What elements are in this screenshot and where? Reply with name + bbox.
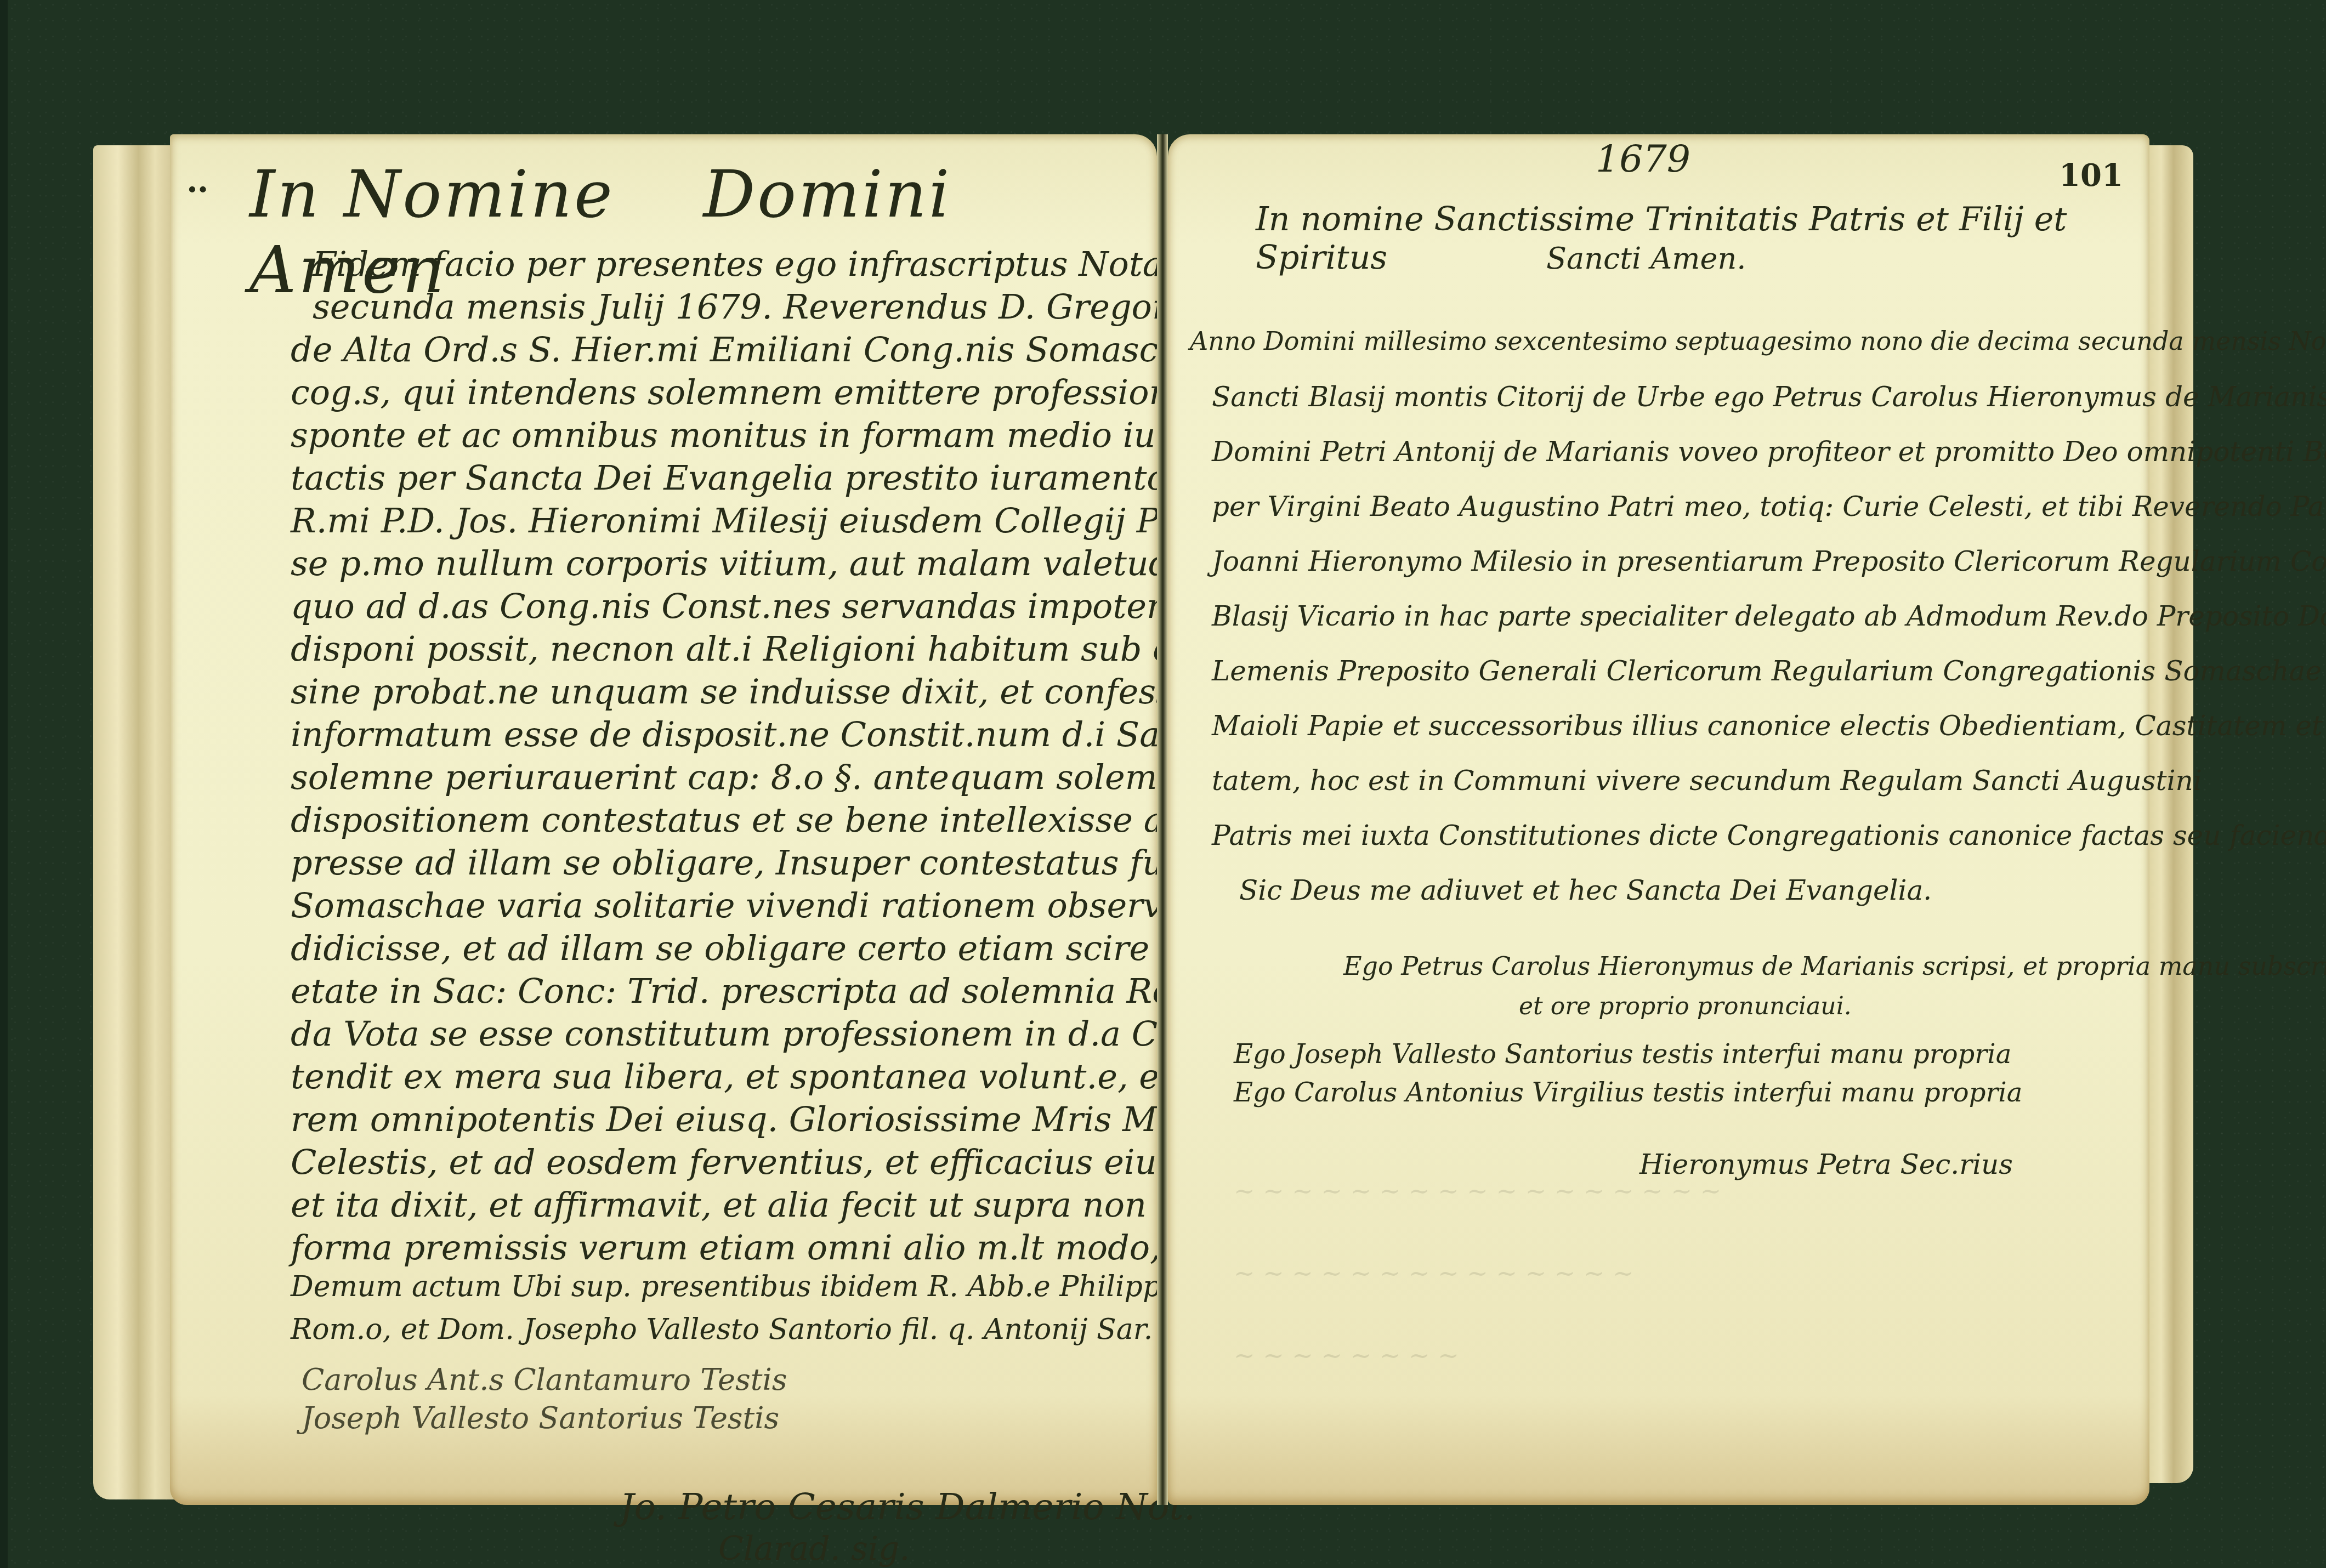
text-line: Domini Petri Antonij de Marianis voveo p… <box>1212 436 2326 468</box>
text-line: Sancti Blasij montis Citorij de Urbe ego… <box>1212 381 2326 413</box>
text-line: Lemenis Preposito Generali Clericorum Re… <box>1212 655 2326 687</box>
profession-signature: Ego Petrus Carolus Hieronymus de Mariani… <box>1343 951 2326 981</box>
witness-line: Ego Carolus Antonius Virgilius testis in… <box>1234 1077 2022 1108</box>
profession-signature-line-2: et ore proprio pronunciaui. <box>1519 992 1852 1020</box>
text-line: Maioli Papie et successoribus illius can… <box>1212 710 2326 742</box>
leaf-mark: ‥ <box>186 162 208 200</box>
text-line: Joanni Hieronymo Milesio in presentiarum… <box>1212 546 2326 577</box>
open-book: ‥ In Nomine Domini Amen Fidem facio per … <box>93 134 2193 1527</box>
witness-line: Ego Joseph Vallesto Santorius testis int… <box>1234 1039 2011 1070</box>
notary-signature: Jo. Petro Cesaris Dalmerio Not. <box>620 1486 1195 1528</box>
witness-signature: Joseph Vallesto Santorius Testis <box>302 1401 779 1435</box>
text-line: per Virgini Beato Augustino Patri meo, t… <box>1212 491 2326 522</box>
text-line: tatem, hoc est in Communi vivere secundu… <box>1212 765 2202 797</box>
book-gutter <box>1157 134 1168 1505</box>
show-through-text: ~ ~ ~ ~ ~ ~ ~ ~ ~ ~ ~ ~ ~ ~ <box>1234 1258 1634 1288</box>
left-page-edges <box>93 145 175 1499</box>
left-page-heading: In Nomine Domini Amen <box>249 156 1157 308</box>
right-page-heading-line-2: Sancti Amen. <box>1546 241 1746 276</box>
notary-signature-line-2: Clarad. sig. <box>718 1530 910 1568</box>
show-through-text: ~ ~ ~ ~ ~ ~ ~ ~ <box>1234 1340 1459 1370</box>
text-line: Blasij Vicario in hac parte specialiter … <box>1212 600 2326 632</box>
witness-signature: Carolus Ant.s Clantamuro Testis <box>302 1362 787 1397</box>
text-line: Anno Domini millesimo sexcentesimo septu… <box>1190 326 2326 356</box>
show-through-text: ~ ~ ~ ~ ~ ~ ~ ~ ~ ~ ~ ~ ~ ~ ~ ~ ~ <box>1234 1176 1721 1206</box>
left-page: ‥ In Nomine Domini Amen Fidem facio per … <box>170 134 1157 1505</box>
frame-edge <box>0 0 8 1568</box>
right-page: 1679 101 In nomine Sanctissime Trinitati… <box>1168 134 2149 1505</box>
text-line: Sic Deus me adiuvet et hec Sancta Dei Ev… <box>1239 874 1932 906</box>
text-line: Patris mei iuxta Constitutiones dicte Co… <box>1212 820 2326 851</box>
text-line: sponte et ac omnibus monitus in formam m… <box>291 415 1269 455</box>
heading-in-nomine: In Nomine <box>249 156 615 232</box>
year-annotation: 1679 <box>1596 138 1690 181</box>
folio-number: 101 <box>2059 157 2123 194</box>
